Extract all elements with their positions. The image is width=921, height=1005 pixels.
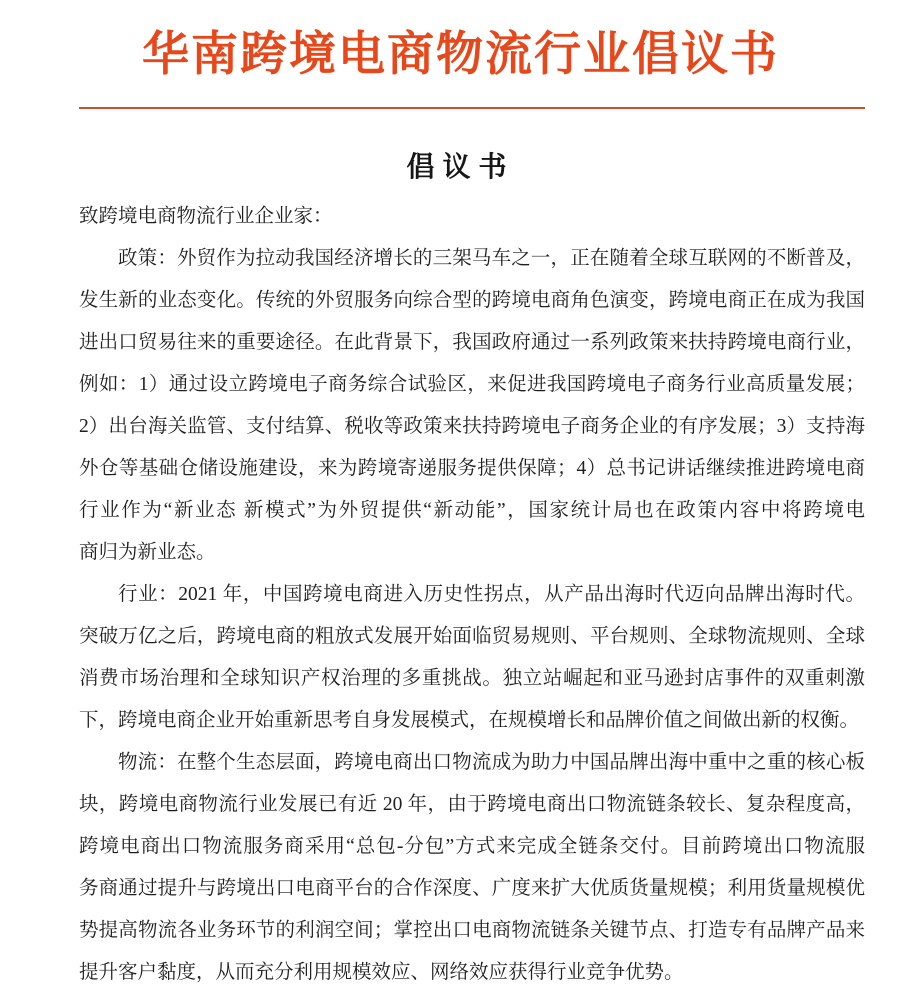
paragraph-line: 发生新的业态变化。传统的外贸服务向综合型的跨境电商角色演变，跨境电商正在成为我国 [79,280,865,322]
paragraph-line: 外仓等基础仓储设施建设，来为跨境寄递服务提供保障；4）总书记讲话继续推进跨境电商 [79,448,865,490]
paragraph-line: 2）出台海关监管、支付结算、税收等政策来扶持跨境电子商务企业的有序发展；3）支持… [79,406,865,448]
document-subtitle: 倡议书 [0,148,921,188]
paragraph-line: 势提高物流各业务环节的利润空间；掌控出口电商物流链条关键节点、打造专有品牌产品来 [79,910,865,952]
paragraph-line: 行业：2021 年，中国跨境电商进入历史性拐点，从产品出海时代迈向品牌出海时代。 [79,574,865,616]
paragraph-line: 行业作为“新业态 新模式”为外贸提供“新动能”，国家统计局也在政策内容中将跨境电 [79,490,865,532]
paragraph-line: 例如：1）通过设立跨境电子商务综合试验区，来促进我国跨境电子商务行业高质量发展； [79,364,865,406]
paragraph-line: 突破万亿之后，跨境电商的粗放式发展开始面临贸易规则、平台规则、全球物流规则、全球 [79,616,865,658]
paragraph-line: 下，跨境电商企业开始重新思考自身发展模式，在规模增长和品牌价值之间做出新的权衡。 [79,700,865,742]
salutation-line: 致跨境电商物流行业企业家： [79,196,865,238]
title-divider [79,107,865,109]
paragraph: 行业：2021 年，中国跨境电商进入历史性拐点，从产品出海时代迈向品牌出海时代。… [79,574,865,742]
paragraph-line: 商归为新业态。 [79,532,865,574]
paragraph-line: 进出口贸易往来的重要途径。在此背景下，我国政府通过一系列政策来扶持跨境电商行业， [79,322,865,364]
paragraph-line: 务商通过提升与跨境出口电商平台的合作深度、广度来扩大优质货量规模；利用货量规模优 [79,868,865,910]
paragraph-line: 跨境电商出口物流服务商采用“总包-分包”方式来完成全链条交付。目前跨境出口物流服 [79,826,865,868]
paragraph-line: 政策：外贸作为拉动我国经济增长的三架马车之一，正在随着全球互联网的不断普及， [79,238,865,280]
paragraph: 政策：外贸作为拉动我国经济增长的三架马车之一，正在随着全球互联网的不断普及，发生… [79,238,865,574]
document-page: 华南跨境电商物流行业倡议书 倡议书 致跨境电商物流行业企业家：政策：外贸作为拉动… [0,0,921,1005]
paragraph: 物流：在整个生态层面，跨境电商出口物流成为助力中国品牌出海中重中之重的核心板块，… [79,742,865,994]
document-body: 致跨境电商物流行业企业家：政策：外贸作为拉动我国经济增长的三架马车之一，正在随着… [79,196,865,994]
paragraph-line: 块，跨境电商物流行业发展已有近 20 年，由于跨境电商出口物流链条较长、复杂程度… [79,784,865,826]
paragraph-line: 提升客户黏度，从而充分利用规模效应、网络效应获得行业竞争优势。 [79,952,865,994]
document-title: 华南跨境电商物流行业倡议书 [0,26,921,82]
paragraph-line: 物流：在整个生态层面，跨境电商出口物流成为助力中国品牌出海中重中之重的核心板 [79,742,865,784]
paragraph-line: 消费市场治理和全球知识产权治理的多重挑战。独立站崛起和亚马逊封店事件的双重刺激 [79,658,865,700]
